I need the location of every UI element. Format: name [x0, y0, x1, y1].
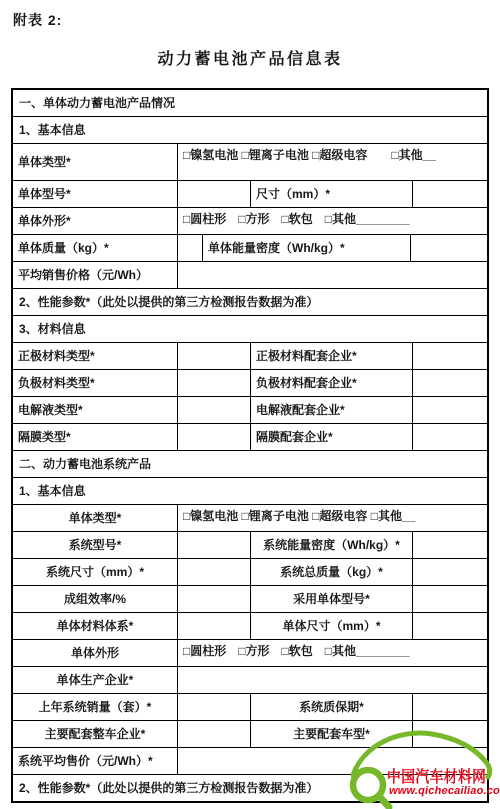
field-label: 系统型号* [13, 532, 177, 558]
watermark-site-name: 中国汽车材料网 [387, 764, 486, 787]
field-label: 单体能量密度（Wh/kg）* [202, 235, 410, 261]
table-row: 负极材料类型* 负极材料配套企业* [13, 369, 487, 396]
section-header-row: 二、动力蓄电池系统产品 [13, 450, 487, 477]
field-label: 单体生产企业* [13, 667, 177, 693]
field-label: 隔膜配套企业* [250, 424, 412, 450]
table-row: 成组效率/% 采用单体型号* [13, 585, 487, 612]
section-header-row: 1、基本信息 [13, 116, 487, 143]
field-label: 隔膜类型* [13, 424, 177, 450]
section-header: 1、基本信息 [13, 117, 487, 143]
battery-info-table: 一、单体动力蓄电池产品情况 1、基本信息 单体类型* □镍氢电池 □锂离子电池 … [11, 88, 489, 803]
field-label: 单体尺寸（mm）* [250, 613, 412, 639]
table-row: 正极材料类型* 正极材料配套企业* [13, 342, 487, 369]
field-value [412, 613, 487, 639]
field-label: 单体外形 [13, 640, 177, 666]
field-value [412, 532, 487, 558]
section-header-row: 1、基本信息 [13, 477, 487, 504]
table-row: 单体质量（kg）* 单体能量密度（Wh/kg）* [13, 234, 487, 261]
field-label: 单体质量（kg）* [13, 235, 177, 261]
field-label: 负极材料配套企业* [250, 370, 412, 396]
table-row: 单体生产企业* [13, 666, 487, 693]
field-value [177, 559, 250, 585]
checkbox-options: □圆柱形 □方形 □软包 □其他________ [177, 208, 487, 234]
table-row: 单体类型* □镍氢电池 □锂离子电池 □超级电容 □其他__ [13, 143, 487, 180]
field-value [412, 181, 487, 207]
field-value [177, 532, 250, 558]
checkbox-options: □镍氢电池 □锂离子电池 □超级电容 □其他__ [177, 505, 487, 531]
table-row: 系统型号* 系统能量密度（Wh/kg）* [13, 531, 487, 558]
table-row: 单体类型* □镍氢电池 □锂离子电池 □超级电容 □其他__ [13, 504, 487, 531]
field-label: 系统能量密度（Wh/kg）* [250, 532, 412, 558]
field-value [177, 721, 250, 747]
field-value [177, 694, 250, 720]
section-header-row: 2、性能参数*（此处以提供的第三方检测报告数据为准） [13, 288, 487, 315]
field-value [177, 343, 250, 369]
field-label: 正极材料配套企业* [250, 343, 412, 369]
field-label: 单体型号* [13, 181, 177, 207]
field-label: 系统总质量（kg）* [250, 559, 412, 585]
field-label: 系统质保期* [250, 694, 412, 720]
field-value [177, 262, 487, 288]
field-value [412, 559, 487, 585]
field-value [412, 586, 487, 612]
field-value [410, 235, 487, 261]
table-row: 电解液类型* 电解液配套企业* [13, 396, 487, 423]
field-label: 系统平均售价（元/Wh）* [13, 748, 177, 774]
field-value [177, 586, 250, 612]
field-label: 负极材料类型* [13, 370, 177, 396]
field-label: 成组效率/% [13, 586, 177, 612]
section-header: 一、单体动力蓄电池产品情况 [13, 90, 487, 116]
field-value [177, 235, 202, 261]
field-label: 上年系统销量（套）* [13, 694, 177, 720]
field-value [177, 370, 250, 396]
table-row: 平均销售价格（元/Wh） [13, 261, 487, 288]
field-label: 系统尺寸（mm）* [13, 559, 177, 585]
magnifier-handle [379, 796, 389, 807]
field-label: 采用单体型号* [250, 586, 412, 612]
table-row: 单体型号* 尺寸（mm）* [13, 180, 487, 207]
field-value [177, 181, 250, 207]
table-row: 单体外形* □圆柱形 □方形 □软包 □其他________ [13, 207, 487, 234]
field-label: 尺寸（mm）* [250, 181, 412, 207]
section-header: 二、动力蓄电池系统产品 [13, 451, 487, 477]
field-value [177, 397, 250, 423]
section-header: 3、材料信息 [13, 316, 487, 342]
field-label: 主要配套整车企业* [13, 721, 177, 747]
table-row: 单体材料体系* 单体尺寸（mm）* [13, 612, 487, 639]
checkbox-options: □圆柱形 □方形 □软包 □其他________ [177, 640, 487, 666]
field-label: 单体类型* [13, 144, 177, 180]
field-label: 电解液配套企业* [250, 397, 412, 423]
field-value [412, 694, 487, 720]
section-header: 1、基本信息 [13, 478, 487, 504]
section-header-row: 一、单体动力蓄电池产品情况 [13, 90, 487, 116]
page-title: 动力蓄电池产品信息表 [0, 46, 500, 69]
field-value [412, 397, 487, 423]
field-value [412, 424, 487, 450]
field-label: 单体类型* [13, 505, 177, 531]
watermark-site-url: www.qichecailiao.com [389, 785, 500, 797]
section-header: 2、性能参数*（此处以提供的第三方检测报告数据为准） [13, 289, 487, 315]
section-header-row: 3、材料信息 [13, 315, 487, 342]
field-value [177, 613, 250, 639]
field-label: 单体外形* [13, 208, 177, 234]
checkbox-options: □镍氢电池 □锂离子电池 □超级电容 □其他__ [177, 144, 487, 180]
field-label: 电解液类型* [13, 397, 177, 423]
table-row: 上年系统销量（套）* 系统质保期* [13, 693, 487, 720]
field-value [412, 370, 487, 396]
table-row: 隔膜类型* 隔膜配套企业* [13, 423, 487, 450]
field-label: 正极材料类型* [13, 343, 177, 369]
field-value [412, 343, 487, 369]
field-value [177, 667, 487, 693]
field-label: 平均销售价格（元/Wh） [13, 262, 177, 288]
table-row: 单体外形 □圆柱形 □方形 □软包 □其他________ [13, 639, 487, 666]
field-label: 单体材料体系* [13, 613, 177, 639]
watermark-logo: 中国汽车材料网 www.qichecailiao.com [338, 718, 500, 809]
doc-label: 附表 2: [13, 10, 62, 30]
field-value [177, 424, 250, 450]
table-row: 系统尺寸（mm）* 系统总质量（kg）* [13, 558, 487, 585]
